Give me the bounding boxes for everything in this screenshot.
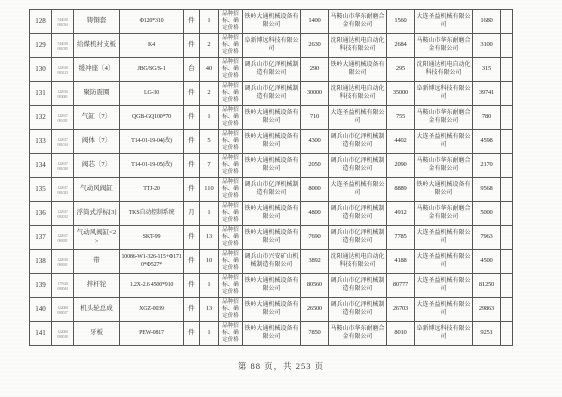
material-code-cell: 122917 001011	[52, 106, 74, 130]
supplier-2-cell: 大连圣益机械有限公司	[329, 178, 387, 202]
supplier-3-cell: 马鞍山市华东耐磨合金有限公司	[415, 154, 473, 178]
price-3-cell: 9568	[473, 178, 501, 202]
unit-cell: 件	[184, 34, 200, 58]
material-code-cell: 744010 001034	[52, 10, 74, 34]
remark-cell	[501, 106, 513, 130]
table-row: 135122917 001023气动风阀缸TTJ-20件110品种招标、确定价格…	[30, 178, 513, 202]
material-code-cell: 177610 000044	[52, 274, 74, 298]
procurement-method-cell: 品种招标、确定价格	[219, 34, 243, 58]
item-name-cell: 聚防震圈	[74, 82, 120, 106]
quantity-cell: 1	[200, 106, 219, 130]
row-number-cell: 133	[30, 130, 52, 154]
price-1-cell: 26500	[301, 298, 329, 322]
material-code-cell: 122917 001014	[52, 130, 74, 154]
unit-cell: 件	[184, 274, 200, 298]
price-1-cell: 4300	[301, 130, 329, 154]
price-3-cell: 2170	[473, 154, 501, 178]
spec-model-cell: T14-01-19-05(改)	[120, 154, 184, 178]
spec-model-cell: PEW-0817	[120, 322, 184, 346]
unit-cell: 件	[184, 106, 200, 130]
supplier-1-cell: 铁岭大通机械设备有限公司	[243, 298, 301, 322]
price-2-cell: 4912	[387, 202, 415, 226]
supplier-1-cell: 铁岭大通机械设备有限公司	[243, 10, 301, 34]
table-row: 141122000 000018牙板PEW-0817件1品种招标、确定价格铁岭大…	[30, 322, 513, 346]
procurement-method-cell: 品种招标、确定价格	[219, 322, 243, 346]
unit-cell: 件	[184, 10, 200, 34]
supplier-1-cell: 阜新博远科技有限公司	[243, 34, 301, 58]
spec-model-cell: XGZ-0039	[120, 298, 184, 322]
row-number-cell: 128	[30, 10, 52, 34]
row-number-cell: 134	[30, 154, 52, 178]
spec-model-cell: TTJ-20	[120, 178, 184, 202]
quantity-cell: 5	[200, 130, 219, 154]
page-number-footer: 第 88 页，共 253 页	[0, 360, 562, 372]
supplier-1-cell: 铁岭大通机械设备有限公司	[243, 274, 301, 298]
price-3-cell: 1680	[473, 10, 501, 34]
price-2-cell: 35000	[387, 82, 415, 106]
price-2-cell: 26703	[387, 298, 415, 322]
supplier-3-cell: 大连圣益机械有限公司	[415, 226, 473, 250]
supplier-3-cell: 大连圣益机械有限公司	[415, 10, 473, 34]
spec-model-cell: LG-30	[120, 82, 184, 106]
supplier-3-cell: 阜新博远科技有限公司	[415, 322, 473, 346]
material-code-cell: 122910 000011	[52, 250, 74, 274]
price-3-cell: 29863	[473, 298, 501, 322]
spec-model-cell: 1.2X-2.6 4500*910	[120, 274, 184, 298]
quantity-cell: 13	[200, 226, 219, 250]
quantity-cell: 2	[200, 82, 219, 106]
unit-cell: 件	[184, 250, 200, 274]
remark-cell	[501, 10, 513, 34]
scanned-document-page: 128744010 001034铸铜套Φ120*310件1品种招标、确定价格铁岭…	[0, 0, 562, 397]
row-number-cell: 139	[30, 274, 52, 298]
spec-model-cell: K4	[120, 34, 184, 58]
price-2-cell: 4402	[387, 130, 415, 154]
price-3-cell: 39741	[473, 82, 501, 106]
procurement-method-cell: 品种招标、确定价格	[219, 274, 243, 298]
remark-cell	[501, 34, 513, 58]
procurement-table: 128744010 001034铸铜套Φ120*310件1品种招标、确定价格铁岭…	[29, 9, 513, 346]
row-number-cell: 129	[30, 34, 52, 58]
table-row: 138122910 000011带10086-W1-326-115+Φ1710*…	[30, 250, 513, 274]
supplier-3-cell: 大连圣益机械有限公司	[415, 274, 473, 298]
item-name-cell: 缓冲座〔4〕	[74, 58, 120, 82]
material-code-cell: 122917 000011	[52, 226, 74, 250]
supplier-2-cell: 沈阳通达机电自动化科技有限公司	[329, 34, 387, 58]
price-3-cell: 81250	[473, 274, 501, 298]
price-2-cell: 1560	[387, 10, 415, 34]
procurement-method-cell: 品种招标、确定价格	[219, 250, 243, 274]
price-1-cell: 290	[301, 58, 329, 82]
price-3-cell: 9251	[473, 322, 501, 346]
supplier-3-cell: 马鞍山市华东耐磨合金有限公司	[415, 106, 473, 130]
price-3-cell: 5000	[473, 202, 501, 226]
unit-cell: 件	[184, 82, 200, 106]
row-number-cell: 141	[30, 322, 52, 346]
quantity-cell: 1	[200, 274, 219, 298]
material-code-cell: 744010 001035	[52, 34, 74, 58]
row-number-cell: 132	[30, 106, 52, 130]
row-number-cell: 130	[30, 58, 52, 82]
remark-cell	[501, 130, 513, 154]
supplier-1-cell: 调兵山市亿泽机械制造有限公司	[243, 178, 301, 202]
item-name-cell: 气动风阀缸<2>	[74, 226, 120, 250]
material-code-cell: 122000 000017	[52, 298, 74, 322]
supplier-2-cell: 大连圣益机械有限公司	[329, 106, 387, 130]
item-name-cell: 机头轮总成	[74, 298, 120, 322]
row-number-cell: 135	[30, 178, 52, 202]
item-name-cell: 气动风阀缸	[74, 178, 120, 202]
supplier-2-cell: 调兵山市亿泽机械制造有限公司	[329, 226, 387, 250]
supplier-1-cell: 铁岭大通机械设备有限公司	[243, 130, 301, 154]
procurement-method-cell: 品种招标、确定价格	[219, 58, 243, 82]
remark-cell	[501, 250, 513, 274]
quantity-cell: 2	[200, 34, 219, 58]
supplier-2-cell: 调兵山市亿泽机械制造有限公司	[329, 274, 387, 298]
unit-cell: 件	[184, 130, 200, 154]
spec-model-cell: SKT-99	[120, 226, 184, 250]
supplier-3-cell: 马鞍山市华东耐磨合金有限公司	[415, 34, 473, 58]
table-row: 137122917 000011气动风阀缸<2>SKT-99件13品种招标、确定…	[30, 226, 513, 250]
remark-cell	[501, 298, 513, 322]
item-name-cell: 浮筒式浮标[3]	[74, 202, 120, 226]
material-code-cell: 122917 001020	[52, 154, 74, 178]
procurement-method-cell: 品种招标、确定价格	[219, 154, 243, 178]
procurement-method-cell: 品种招标、确定价格	[219, 178, 243, 202]
row-number-cell: 140	[30, 298, 52, 322]
supplier-1-cell: 铁岭大通机械设备有限公司	[243, 322, 301, 346]
quantity-cell: 10	[200, 250, 219, 274]
supplier-1-cell: 铁岭大通机械设备有限公司	[243, 202, 301, 226]
supplier-1-cell: 铁岭大通机械设备有限公司	[243, 106, 301, 130]
supplier-2-cell: 铁岭大通机械设备有限公司	[329, 58, 387, 82]
material-code-cell: 122000 000018	[52, 322, 74, 346]
supplier-2-cell: 沈阳通达机电自动化科技有限公司	[329, 82, 387, 106]
supplier-3-cell: 铁岭大通机械设备有限公司	[415, 178, 473, 202]
supplier-1-cell: 调兵山市兴安矿山机械制造有限公司	[243, 250, 301, 274]
item-name-cell: 阀芯〔7〕	[74, 154, 120, 178]
price-3-cell: 315	[473, 58, 501, 82]
price-3-cell: 7963	[473, 226, 501, 250]
price-1-cell: 7850	[301, 322, 329, 346]
unit-cell: 月	[184, 202, 200, 226]
table-row: 132122917 001011气缸〔7〕QGB-GQ100*70件1品种招标、…	[30, 106, 513, 130]
item-name-cell: 牙板	[74, 322, 120, 346]
item-name-cell: 铸铜套	[74, 10, 120, 34]
price-1-cell: 710	[301, 106, 329, 130]
price-2-cell: 7785	[387, 226, 415, 250]
spec-model-cell: Φ120*310	[120, 10, 184, 34]
price-3-cell: 4500	[473, 250, 501, 274]
row-number-cell: 137	[30, 226, 52, 250]
item-name-cell: 拌杆铊	[74, 274, 120, 298]
price-2-cell: 2684	[387, 34, 415, 58]
price-3-cell: 3100	[473, 34, 501, 58]
spec-model-cell: QGB-GQ100*70	[120, 106, 184, 130]
unit-cell: 件	[184, 298, 200, 322]
table-row: 134122917 001020阀芯〔7〕T14-01-19-05(改)件7品种…	[30, 154, 513, 178]
price-1-cell: 80560	[301, 274, 329, 298]
spec-model-cell: TKS自动控制系统	[120, 202, 184, 226]
material-code-cell: 122917 002012	[52, 202, 74, 226]
procurement-method-cell: 品种招标、确定价格	[219, 106, 243, 130]
unit-cell: 台	[184, 58, 200, 82]
quantity-cell: 1	[200, 322, 219, 346]
supplier-1-cell: 铁岭大通机械设备有限公司	[243, 154, 301, 178]
remark-cell	[501, 226, 513, 250]
price-3-cell: 4598	[473, 130, 501, 154]
spec-model-cell: 10086-W1-326-115+Φ1710*Φ527*	[120, 250, 184, 274]
price-2-cell: 295	[387, 58, 415, 82]
price-2-cell: 2090	[387, 154, 415, 178]
unit-cell: 件	[184, 226, 200, 250]
supplier-2-cell: 马鞍山市华东耐磨合金有限公司	[329, 322, 387, 346]
price-1-cell: 8000	[301, 178, 329, 202]
table-row: 136122917 002012浮筒式浮标[3]TKS自动控制系统月1品种招标、…	[30, 202, 513, 226]
supplier-3-cell: 马鞍山市华东耐磨合金有限公司	[415, 202, 473, 226]
quantity-cell: 110	[200, 178, 219, 202]
supplier-3-cell: 大连圣益机械有限公司	[415, 298, 473, 322]
table-row: 129744010 001035给煤机衬支板K4件2品种招标、确定价格阜新博远科…	[30, 34, 513, 58]
quantity-cell: 7	[200, 154, 219, 178]
unit-cell: 件	[184, 154, 200, 178]
material-code-cell: 122910 003001	[52, 82, 74, 106]
price-2-cell: 4188	[387, 250, 415, 274]
remark-cell	[501, 82, 513, 106]
price-1-cell: 3892	[301, 250, 329, 274]
supplier-1-cell: 铁岭大通机械设备有限公司	[243, 226, 301, 250]
material-code-cell: 122910 003123	[52, 58, 74, 82]
item-name-cell: 带	[74, 250, 120, 274]
quantity-cell: 40	[200, 58, 219, 82]
row-number-cell: 131	[30, 82, 52, 106]
remark-cell	[501, 322, 513, 346]
procurement-method-cell: 品种招标、确定价格	[219, 226, 243, 250]
procurement-method-cell: 品种招标、确定价格	[219, 298, 243, 322]
table-row: 139177610 000044拌杆铊1.2X-2.6 4500*910件1品种…	[30, 274, 513, 298]
price-1-cell: 2050	[301, 154, 329, 178]
item-name-cell: 气缸〔7〕	[74, 106, 120, 130]
supplier-2-cell: 调兵山市亿泽机械制造有限公司	[329, 298, 387, 322]
price-2-cell: 755	[387, 106, 415, 130]
supplier-1-cell: 调兵山市亿泽机械制造有限公司	[243, 58, 301, 82]
supplier-3-cell: 阜新博远科技有限公司	[415, 82, 473, 106]
item-name-cell: 给煤机衬支板	[74, 34, 120, 58]
price-1-cell: 4800	[301, 202, 329, 226]
remark-cell	[501, 154, 513, 178]
table-body: 128744010 001034铸铜套Φ120*310件1品种招标、确定价格铁岭…	[30, 10, 513, 346]
table-row: 128744010 001034铸铜套Φ120*310件1品种招标、确定价格铁岭…	[30, 10, 513, 34]
supplier-2-cell: 马鞍山市华东耐磨合金有限公司	[329, 10, 387, 34]
supplier-3-cell: 沈阳通达机电自动化科技有限公司	[415, 58, 473, 82]
price-2-cell: 8010	[387, 322, 415, 346]
table-row: 130122910 003123缓冲座〔4〕JBG/SG/S-1台40品种招标、…	[30, 58, 513, 82]
procurement-method-cell: 品种招标、确定价格	[219, 202, 243, 226]
material-code-cell: 122917 001023	[52, 178, 74, 202]
price-3-cell: 780	[473, 106, 501, 130]
remark-cell	[501, 178, 513, 202]
procurement-method-cell: 品种招标、确定价格	[219, 10, 243, 34]
row-number-cell: 136	[30, 202, 52, 226]
quantity-cell: 1	[200, 10, 219, 34]
supplier-2-cell: 调兵山市亿泽机械制造有限公司	[329, 154, 387, 178]
price-1-cell: 1400	[301, 10, 329, 34]
table-row: 131122910 003001聚防震圈LG-30件2品种招标、确定价格调兵山市…	[30, 82, 513, 106]
price-1-cell: 30000	[301, 82, 329, 106]
quantity-cell: 13	[200, 298, 219, 322]
supplier-3-cell: 大连圣益机械有限公司	[415, 130, 473, 154]
supplier-2-cell: 调兵山市亿泽机械制造有限公司	[329, 130, 387, 154]
procurement-method-cell: 品种招标、确定价格	[219, 130, 243, 154]
supplier-2-cell: 沈阳通达机电自动化科技有限公司	[329, 250, 387, 274]
supplier-1-cell: 调兵山市亿泽机械制造有限公司	[243, 82, 301, 106]
remark-cell	[501, 202, 513, 226]
row-number-cell: 138	[30, 250, 52, 274]
item-name-cell: 阀体〔7〕	[74, 130, 120, 154]
price-2-cell: 80777	[387, 274, 415, 298]
remark-cell	[501, 274, 513, 298]
table-row: 140122000 000017机头轮总成XGZ-0039件13品种招标、确定价…	[30, 298, 513, 322]
procurement-method-cell: 品种招标、确定价格	[219, 82, 243, 106]
supplier-2-cell: 调兵山市亿泽机械制造有限公司	[329, 202, 387, 226]
remark-cell	[501, 58, 513, 82]
price-1-cell: 2630	[301, 34, 329, 58]
price-2-cell: 8889	[387, 178, 415, 202]
spec-model-cell: JBG/SG/S-1	[120, 58, 184, 82]
supplier-3-cell: 大连圣益机械有限公司	[415, 250, 473, 274]
unit-cell: 件	[184, 178, 200, 202]
table-row: 133122917 001014阀体〔7〕T14-01-19-04(改)件5品种…	[30, 130, 513, 154]
unit-cell: 件	[184, 322, 200, 346]
price-1-cell: 7690	[301, 226, 329, 250]
spec-model-cell: T14-01-19-04(改)	[120, 130, 184, 154]
quantity-cell: 1	[200, 202, 219, 226]
